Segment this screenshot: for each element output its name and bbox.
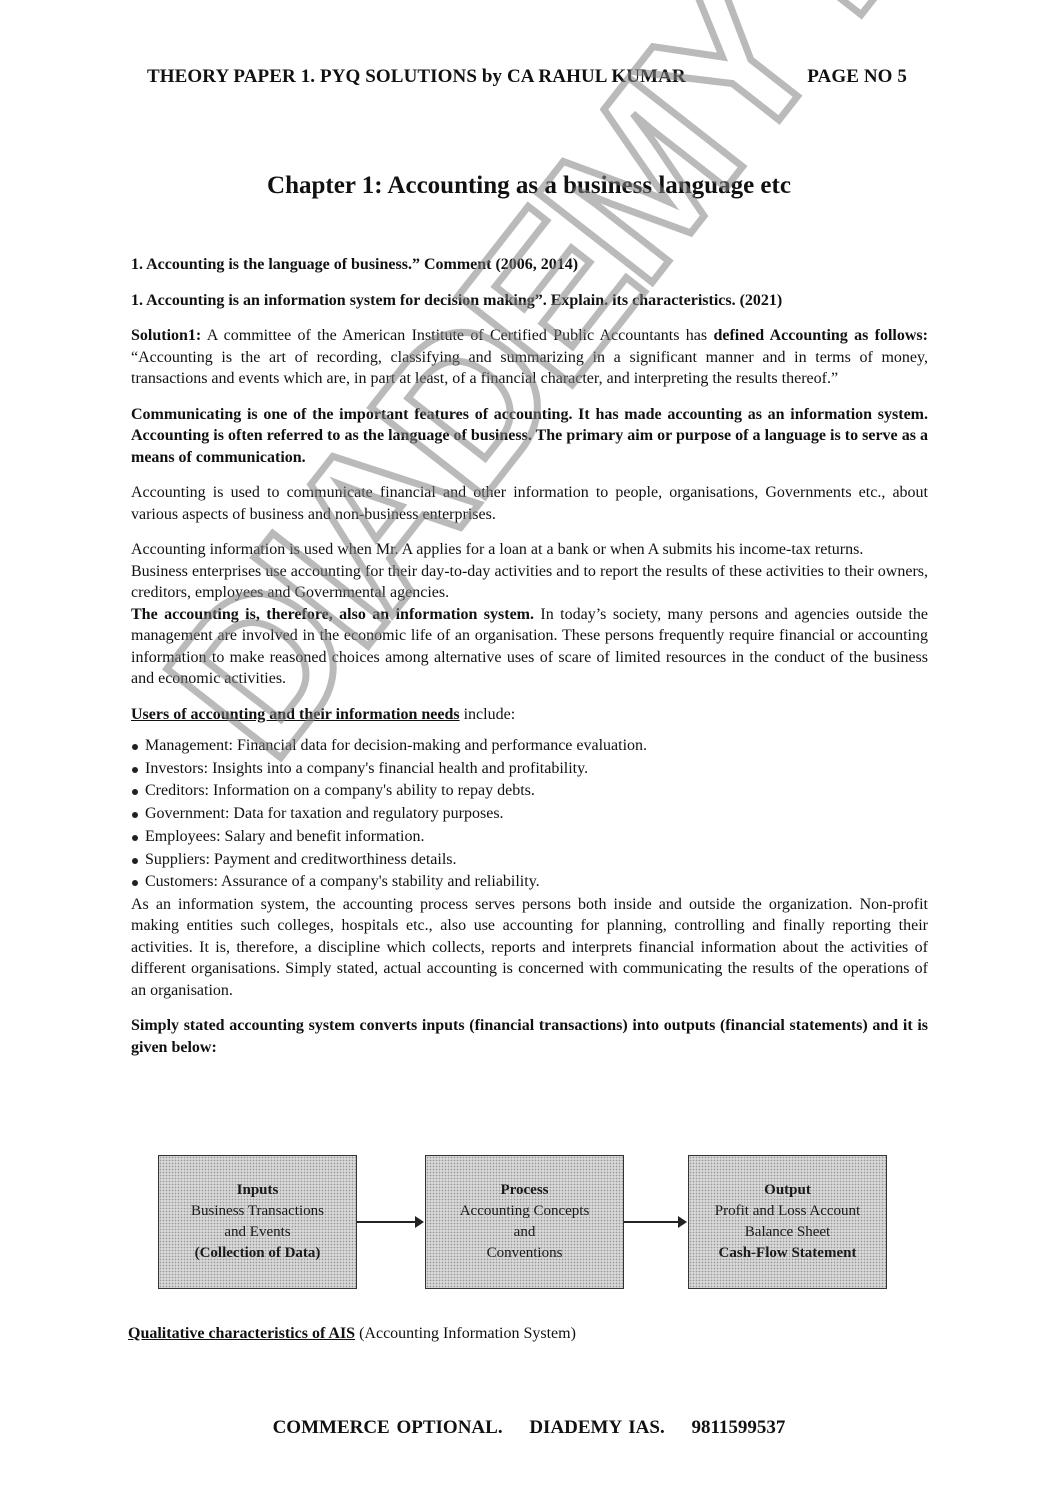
chapter-title: Chapter 1: Accounting as a business lang… xyxy=(0,172,1058,200)
users-heading: Users of accounting and their informatio… xyxy=(131,704,928,726)
list-item: Management: Financial data for decision-… xyxy=(131,735,928,758)
question-1: 1. Accounting is the language of busines… xyxy=(131,254,928,276)
qualitative-heading: Qualitative characteristics of AIS (Acco… xyxy=(128,1325,576,1343)
footer-subject: COMMERCE OPTIONAL. xyxy=(273,1417,503,1438)
document-page: THEORY PAPER 1. PYQ SOLUTIONS by CA RAHU… xyxy=(0,0,1058,1496)
communicating-paragraph: Communicating is one of the important fe… xyxy=(131,404,928,469)
page-header: THEORY PAPER 1. PYQ SOLUTIONS by CA RAHU… xyxy=(147,66,907,88)
ais-flow-diagram: Inputs Business Transactions and Events … xyxy=(158,1155,888,1290)
list-item: Suppliers: Payment and creditworthiness … xyxy=(131,849,928,872)
page-footer: COMMERCE OPTIONAL. DIADEMY IAS. 98115995… xyxy=(0,1417,1058,1439)
list-item: Customers: Assurance of a company's stab… xyxy=(131,871,928,894)
information-system-paragraph: The accounting is, therefore, also an in… xyxy=(131,604,928,690)
question-2: 1. Accounting is an information system f… xyxy=(131,290,928,312)
arrow-right-icon xyxy=(357,1221,422,1223)
list-item: Government: Data for taxation and regula… xyxy=(131,803,928,826)
used-to-communicate-paragraph: Accounting is used to communicate financ… xyxy=(131,482,928,525)
footer-institute: DIADEMY IAS. xyxy=(529,1417,664,1438)
header-title: THEORY PAPER 1. PYQ SOLUTIONS by CA RAHU… xyxy=(147,66,686,88)
list-item: Creditors: Information on a company's ab… xyxy=(131,780,928,803)
footer-phone: 9811599537 xyxy=(691,1417,785,1438)
users-list: Management: Financial data for decision-… xyxy=(131,735,928,894)
solution-label: Solution1: xyxy=(131,327,201,344)
business-enterprises-paragraph: Business enterprises use accounting for … xyxy=(131,561,928,604)
main-content: 1. Accounting is the language of busines… xyxy=(131,254,928,1058)
simply-stated-paragraph: Simply stated accounting system converts… xyxy=(131,1015,928,1058)
output-box: Output Profit and Loss Account Balance S… xyxy=(688,1155,887,1289)
page-number: PAGE NO 5 xyxy=(807,66,907,88)
list-item: Investors: Insights into a company's fin… xyxy=(131,758,928,781)
scan-noise xyxy=(0,0,1058,18)
list-item: Employees: Salary and benefit informatio… xyxy=(131,826,928,849)
mr-a-paragraph: Accounting information is used when Mr. … xyxy=(131,539,928,561)
solution-paragraph: Solution1: A committee of the American I… xyxy=(131,325,928,390)
arrow-right-icon xyxy=(624,1221,685,1223)
as-information-system-paragraph: As an information system, the accounting… xyxy=(131,894,928,1002)
process-box: Process Accounting Concepts and Conventi… xyxy=(425,1155,624,1289)
inputs-box: Inputs Business Transactions and Events … xyxy=(158,1155,357,1289)
